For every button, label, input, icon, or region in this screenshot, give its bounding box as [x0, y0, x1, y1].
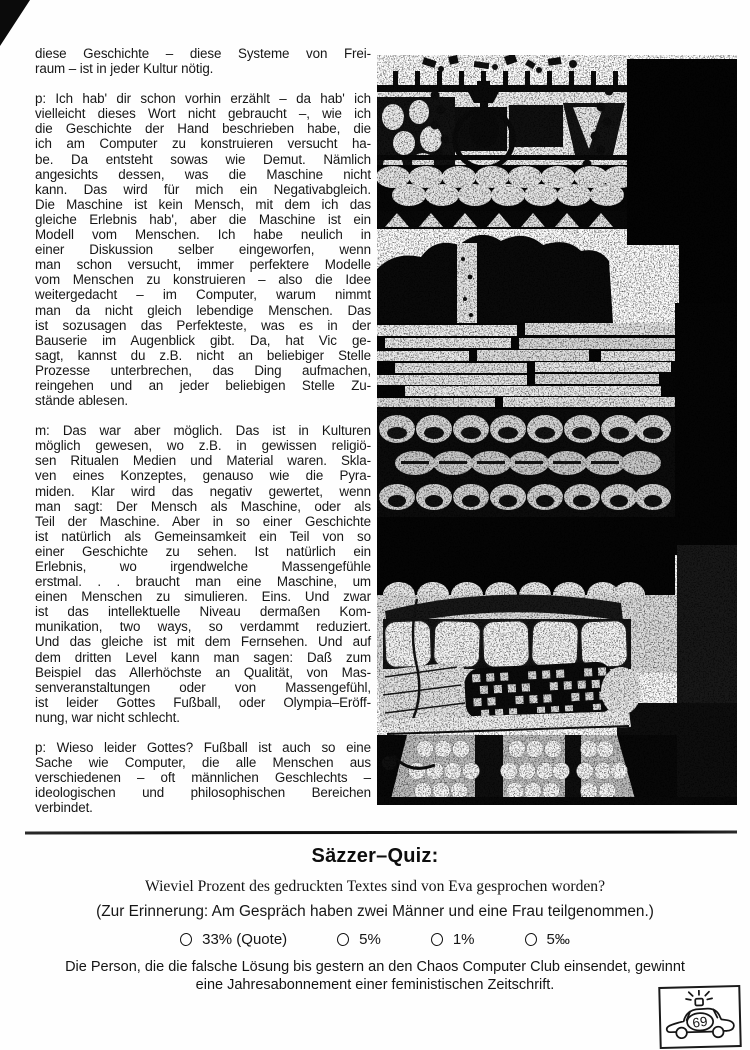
text-line: ven eines Konzeptes, genauso wie die Pyr… [35, 468, 371, 483]
option-label: 5‰ [547, 931, 570, 948]
quiz-section: Säzzer–Quiz: Wieviel Prozent des gedruck… [0, 845, 750, 995]
quiz-footer-line2: eine Jahresabonnement einer feministisch… [0, 977, 750, 994]
text-line: einen Menschen zu simulieren. Eins. Und … [35, 589, 371, 604]
text-line: einer Diskussion selber eingeworfen, wen… [35, 242, 371, 257]
paragraph: p: Wieso leider Gottes? Fußball ist auch… [35, 740, 371, 815]
radio-circle-icon [179, 932, 192, 946]
text-line: verbindet. [35, 800, 371, 815]
text-line: m: Das war aber möglich. Das ist in Kult… [35, 423, 371, 438]
text-line: ist natürlich als Gemeinsamkeit ein Teil… [35, 529, 371, 544]
quiz-options: 33% (Quote) 5% 1% 5‰ [0, 931, 750, 948]
text-line: nung, war nicht schlecht. [35, 710, 371, 725]
quiz-option: 5‰ [525, 931, 570, 948]
quiz-title: Säzzer–Quiz: [0, 845, 750, 868]
page: diese Geschichte – diese Systeme von Fre… [0, 0, 750, 1050]
text-line: sagt, kannst du z.B. nicht an beliebiger… [35, 348, 371, 363]
text-line: Erlebnis, wo irgendwelche Massengefühle [35, 559, 371, 574]
text-line: verschiedenen – oft männlichen Geschlech… [35, 770, 371, 785]
text-line: miden. Klar wird das negativ gewertet, w… [35, 484, 371, 499]
police-car-icon: 69 [662, 989, 737, 1045]
quiz-option: 33% (Quote) [180, 931, 287, 948]
text-line: raum – ist in jeder Kultur nötig. [35, 61, 371, 76]
text-line: senveranstaltungen oder von Massengefühl… [35, 680, 371, 695]
page-stamp: 69 [658, 985, 741, 1049]
text-line: stände ablesen. [35, 393, 371, 408]
text-line: man schon versucht, immer perfektere Mod… [35, 257, 371, 272]
text-line: p: Wieso leider Gottes? Fußball ist auch… [35, 740, 371, 755]
paragraph: m: Das war aber möglich. Das ist in Kult… [35, 423, 371, 725]
text-line: ist sozusagen das Perfekteste, was es in… [35, 318, 371, 333]
quiz-option: 1% [431, 931, 475, 948]
text-line: be. Da entsteht sowas wie Demut. Nämlich [35, 152, 371, 167]
text-line: Modell vom Menschen. Ich habe neulich in [35, 227, 371, 242]
text-line: ist das intellektuelle Niveau dermaßen K… [35, 604, 371, 619]
text-line: diese Geschichte – diese Systeme von Fre… [35, 46, 371, 61]
radio-circle-icon [524, 932, 537, 946]
text-line: Prozesse unterbrechen, das Ding aufmache… [35, 363, 371, 378]
text-line: reingehen und an jeder beliebigen Stelle… [35, 378, 371, 393]
option-label: 33% (Quote) [202, 931, 287, 948]
text-line: Und das gleiche ist mit dem Fernsehen. U… [35, 634, 371, 649]
text-line: ist leider Gottes Fußball, oder Olympia–… [35, 695, 371, 710]
paragraph: diese Geschichte – diese Systeme von Fre… [35, 46, 371, 76]
quiz-footer-line1: Die Person, die die falsche Lösung bis g… [0, 959, 750, 976]
text-line: vielleicht dieses Wort nicht gebraucht –… [35, 106, 371, 121]
text-line: Teil der Maschine. Aber in so einer Gesc… [35, 514, 371, 529]
text-line: weitergedacht – im Computer, warum nimmt [35, 287, 371, 302]
option-label: 1% [453, 931, 475, 948]
text-line: einer Geschichte zu sehen. Ist natürlich… [35, 544, 371, 559]
text-line: ideologischen und philosophischen Bereic… [35, 785, 371, 800]
text-line: Sache wie Computer, die alle Menschen au… [35, 755, 371, 770]
text-line: man sagt: Der Mensch als Maschine, oder … [35, 499, 371, 514]
divider-rule [25, 831, 737, 834]
photo-collage [377, 55, 737, 805]
text-line: angesichts dessen, was die Maschine nich… [35, 167, 371, 182]
text-line: man da nicht gleich lebendige Menschen. … [35, 303, 371, 318]
text-line: erstmal. . . braucht man eine Maschine, … [35, 574, 371, 589]
quiz-question: Wieviel Prozent des gedruckten Textes si… [0, 878, 750, 896]
text-line: möglich gewesen, wo z.B. in gewissen rel… [35, 438, 371, 453]
text-line: vom Menschen zu konstruieren – also die … [35, 272, 371, 287]
text-line: munikation, two ways, so verdammt reduzi… [35, 619, 371, 634]
paragraph: p: Ich hab' dir schon vorhin erzählt – d… [35, 91, 371, 408]
text-line: Beispiel das Allerhöchste an Qualität, v… [35, 665, 371, 680]
radio-circle-icon [337, 932, 350, 946]
interview-text: diese Geschichte – diese Systeme von Fre… [35, 46, 371, 831]
option-label: 5% [359, 931, 381, 948]
stamp-number: 69 [691, 1014, 708, 1031]
text-line: Bauserie im Augenblick gibt. Da, hat Vic… [35, 333, 371, 348]
text-line: gleiche Erlebnis hab', aber die Maschine… [35, 212, 371, 227]
text-line: die Geschichte der Hand beschrieben habe… [35, 121, 371, 136]
text-line: ich am Computer zu konstruieren versucht… [35, 136, 371, 151]
text-line: dem dritten Level kann man sagen: Daß zu… [35, 650, 371, 665]
text-line: kann. Das wird für mich ein Negativabgle… [35, 182, 371, 197]
text-line: p: Ich hab' dir schon vorhin erzählt – d… [35, 91, 371, 106]
radio-circle-icon [430, 932, 443, 946]
corner-mark [0, 0, 30, 46]
quiz-option: 5% [337, 931, 381, 948]
quiz-hint: (Zur Erinnerung: Am Gespräch haben zwei … [0, 903, 750, 921]
text-line: sen Ritualen Medien und Material waren. … [35, 453, 371, 468]
text-line: Die Maschine ist kein Mensch, mit dem ic… [35, 197, 371, 212]
